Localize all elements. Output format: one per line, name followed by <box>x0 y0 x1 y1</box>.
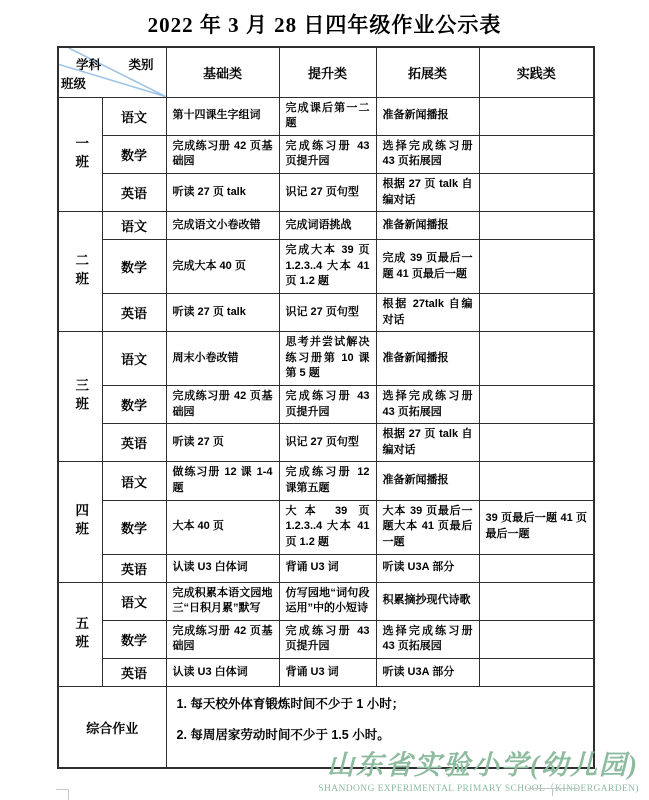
subject-label: 数学 <box>102 135 166 173</box>
subject-label: 数学 <box>102 240 166 294</box>
table-row: 英语听读 27 页 talk识记 27 页句型根据 27talk 自编对话 <box>58 293 594 331</box>
subject-label: 英语 <box>102 554 166 582</box>
column-header-expand: 拓展类 <box>376 47 479 97</box>
assignment-cell: 根据 27 页 talk 自编对话 <box>376 173 479 211</box>
assignment-cell: 准备新闻播报 <box>376 332 479 386</box>
assignment-cell: 完成课后第一二题 <box>279 97 376 135</box>
corner-label-subject: 学科 <box>76 55 101 73</box>
assignment-cell: 39 页最后一题 41 页最后一题 <box>479 500 594 554</box>
assignment-cell: 选择完成练习册 43 页拓展园 <box>376 386 479 424</box>
assignment-cell: 完成练习册 42 页基础园 <box>166 620 279 658</box>
table-row: 一班语文第十四课生字组词完成课后第一二题准备新闻播报 <box>58 97 594 135</box>
assignment-cell: 选择完成练习册 43 页拓展园 <box>376 135 479 173</box>
assignment-cell: 大本 40 页 <box>166 500 279 554</box>
assignment-cell <box>479 332 594 386</box>
column-header-practice: 实践类 <box>479 47 594 97</box>
textbox-handle-artifact <box>528 788 578 789</box>
assignment-cell: 准备新闻播报 <box>376 212 479 240</box>
table-row: 四班语文做练习册 12 课 1-4 题完成练习册 12 课第五题准备新闻播报 <box>58 462 594 500</box>
assignment-cell: 完成练习册 12 课第五题 <box>279 462 376 500</box>
assignment-cell: 听读 U3A 部分 <box>376 658 479 686</box>
assignment-cell: 做练习册 12 课 1-4 题 <box>166 462 279 500</box>
assignment-cell <box>479 240 594 294</box>
table-row: 数学完成大本 40 页完成大本 39 页 1.2.3..4 大本 41 页 1.… <box>58 240 594 294</box>
assignment-cell <box>479 582 594 620</box>
assignment-cell: 选择完成练习册 43 页拓展园 <box>376 620 479 658</box>
assignment-cell <box>479 97 594 135</box>
table-row: 英语认读 U3 白体词背诵 U3 词听读 U3A 部分 <box>58 554 594 582</box>
assignment-cell: 大本 39 页最后一题大本 41 页最后一题 <box>376 500 479 554</box>
assignment-cell <box>479 386 594 424</box>
summary-label: 综合作业 <box>58 686 166 768</box>
subject-label: 英语 <box>102 658 166 686</box>
assignment-cell: 识记 27 页句型 <box>279 424 376 462</box>
assignment-cell <box>479 212 594 240</box>
assignment-cell: 背诵 U3 词 <box>279 554 376 582</box>
page-corner-artifact <box>56 789 69 800</box>
assignment-cell <box>479 620 594 658</box>
school-logo: 山东省实验小学(幼儿园) SHANDONG EXPERIMENTAL PRIMA… <box>318 751 639 794</box>
class-label: 四班 <box>58 462 102 582</box>
corner-label-category: 类别 <box>128 55 153 73</box>
table-row: 二班语文完成语文小卷改错完成词语挑战准备新闻播报 <box>58 212 594 240</box>
assignment-cell: 背诵 U3 词 <box>279 658 376 686</box>
assignment-cell: 完成大本 40 页 <box>166 240 279 294</box>
assignment-cell: 完成练习册 42 页基础园 <box>166 135 279 173</box>
assignment-cell: 识记 27 页句型 <box>279 293 376 331</box>
assignment-cell: 准备新闻播报 <box>376 97 479 135</box>
assignment-cell: 认读 U3 白体词 <box>166 554 279 582</box>
header-row: 学科 类别 班级 基础类 提升类 拓展类 实践类 <box>58 47 594 97</box>
assignment-cell: 听读 27 页 talk <box>166 293 279 331</box>
table-row: 英语认读 U3 白体词背诵 U3 词听读 U3A 部分 <box>58 658 594 686</box>
table-row: 数学完成练习册 42 页基础园完成练习册 43 页提升园选择完成练习册 43 页… <box>58 620 594 658</box>
school-name-chinese: 山东省实验小学(幼儿园) <box>318 751 639 779</box>
page-title: 2022 年 3 月 28 日四年级作业公示表 <box>0 9 649 39</box>
table-row: 三班语文周末小卷改错思考并尝试解决练习册第 10 课第 5 题准备新闻播报 <box>58 332 594 386</box>
assignment-cell: 根据 27talk 自编对话 <box>376 293 479 331</box>
assignment-cell: 完成大本 39 页 1.2.3..4 大本 41 页 1.2 题 <box>279 240 376 294</box>
corner-label-class: 班级 <box>61 74 86 92</box>
column-header-improve: 提升类 <box>279 47 376 97</box>
assignment-cell: 第十四课生字组词 <box>166 97 279 135</box>
subject-label: 语文 <box>102 582 166 620</box>
subject-label: 英语 <box>102 293 166 331</box>
assignment-cell: 完成练习册 42 页基础园 <box>166 386 279 424</box>
assignment-cell: 根据 27 页 talk 自编对话 <box>376 424 479 462</box>
summary-line-1: 1. 每天校外体育锻炼时间不少于 1 小时； <box>177 696 584 714</box>
subject-label: 数学 <box>102 620 166 658</box>
corner-header-cell: 学科 类别 班级 <box>58 47 166 97</box>
table-row: 英语听读 27 页识记 27 页句型根据 27 页 talk 自编对话 <box>58 424 594 462</box>
assignment-cell <box>479 293 594 331</box>
assignment-cell: 完成词语挑战 <box>279 212 376 240</box>
assignment-cell: 听读 27 页 talk <box>166 173 279 211</box>
subject-label: 语文 <box>102 212 166 240</box>
assignment-cell <box>479 424 594 462</box>
subject-label: 数学 <box>102 500 166 554</box>
table-row: 数学大本 40 页大本 39 页 1.2.3..4 大本 41 页 1.2 题大… <box>58 500 594 554</box>
subject-label: 语文 <box>102 462 166 500</box>
assignment-cell: 周末小卷改错 <box>166 332 279 386</box>
assignment-cell: 认读 U3 白体词 <box>166 658 279 686</box>
subject-label: 英语 <box>102 424 166 462</box>
assignment-cell: 准备新闻播报 <box>376 462 479 500</box>
assignment-cell: 完成练习册 43 页提升园 <box>279 620 376 658</box>
assignment-cell: 听读 27 页 <box>166 424 279 462</box>
subject-label: 英语 <box>102 173 166 211</box>
assignment-cell: 完成语文小卷改错 <box>166 212 279 240</box>
table-row: 英语听读 27 页 talk识记 27 页句型根据 27 页 talk 自编对话 <box>58 173 594 211</box>
assignment-cell: 完成练习册 43 页提升园 <box>279 386 376 424</box>
table-row: 数学完成练习册 42 页基础园完成练习册 43 页提升园选择完成练习册 43 页… <box>58 135 594 173</box>
table-row: 数学完成练习册 42 页基础园完成练习册 43 页提升园选择完成练习册 43 页… <box>58 386 594 424</box>
assignment-cell: 完成练习册 43 页提升园 <box>279 135 376 173</box>
table-row: 五班语文完成积累本语文园地三“日积月累”默写仿写园地“词句段运用”中的小短诗积累… <box>58 582 594 620</box>
assignment-cell: 积累摘抄现代诗歌 <box>376 582 479 620</box>
class-label: 一班 <box>58 97 102 212</box>
assignment-cell: 识记 27 页句型 <box>279 173 376 211</box>
column-header-basic: 基础类 <box>166 47 279 97</box>
subject-label: 数学 <box>102 386 166 424</box>
assignment-cell: 完成 39 页最后一题 41 页最后一题 <box>376 240 479 294</box>
subject-label: 语文 <box>102 332 166 386</box>
subject-label: 语文 <box>102 97 166 135</box>
assignment-cell: 思考并尝试解决练习册第 10 课第 5 题 <box>279 332 376 386</box>
assignment-cell: 听读 U3A 部分 <box>376 554 479 582</box>
assignment-cell <box>479 554 594 582</box>
class-label: 三班 <box>58 332 102 462</box>
assignment-cell <box>479 173 594 211</box>
assignment-cell: 完成积累本语文园地三“日积月累”默写 <box>166 582 279 620</box>
assignment-cell: 大本 39 页 1.2.3..4 大本 41 页 1.2 题 <box>279 500 376 554</box>
homework-table: 学科 类别 班级 基础类 提升类 拓展类 实践类 一班语文第十四课生字组词完成课… <box>57 46 595 769</box>
assignment-cell: 仿写园地“词句段运用”中的小短诗 <box>279 582 376 620</box>
class-label: 五班 <box>58 582 102 686</box>
school-name-english: SHANDONG EXPERIMENTAL PRIMARY SCHOOL（KIN… <box>318 780 639 794</box>
summary-line-2: 2. 每周居家劳动时间不少于 1.5 小时。 <box>177 727 584 745</box>
class-label: 二班 <box>58 212 102 332</box>
assignment-cell <box>479 462 594 500</box>
assignments-body: 学科 类别 班级 基础类 提升类 拓展类 实践类 一班语文第十四课生字组词完成课… <box>58 47 594 686</box>
assignment-cell <box>479 658 594 686</box>
assignment-cell <box>479 135 594 173</box>
